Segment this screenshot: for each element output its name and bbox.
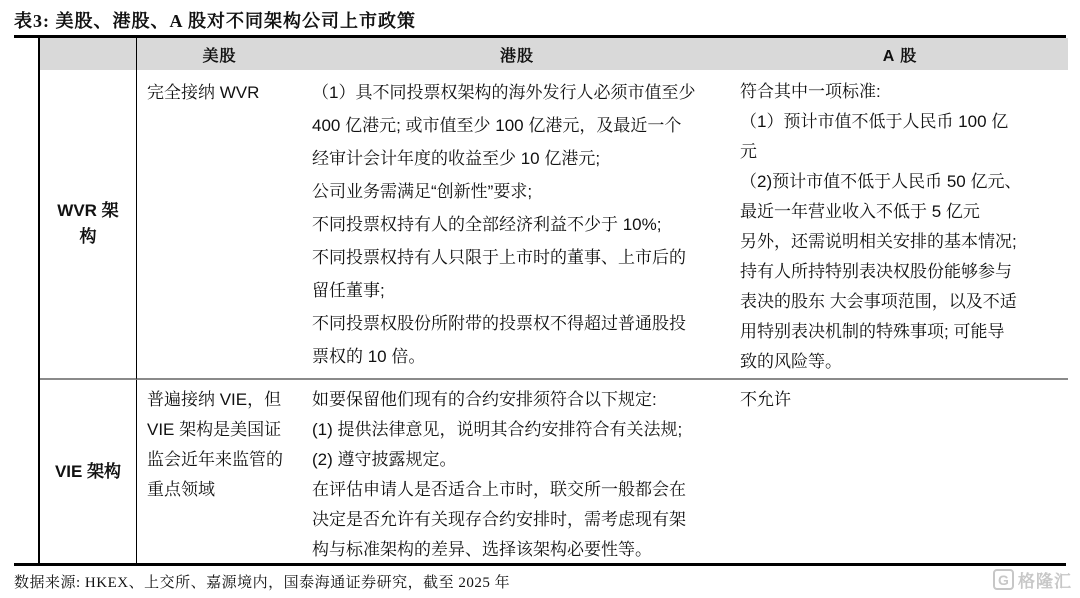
gelonghui-logo-text: 格隆汇 — [1018, 567, 1072, 592]
vie-ashare-policy: 不允许 — [732, 380, 1068, 564]
header-corner-cell — [40, 38, 137, 70]
table-title: 表3: 美股、港股、A 股对不同架构公司上市政策 — [14, 7, 416, 33]
bottom-rule — [14, 563, 1066, 566]
wvr-ashare-policy: 符合其中一项标准:（1）预计市值不低于人民币 100 亿元（2)预计市值不低于人… — [732, 70, 1068, 380]
vie-us-policy: 普遍接纳 VIE，但VIE 架构是美国证监会近年来监管的重点领域 — [137, 380, 302, 564]
row-label-wvr: WVR 架构 — [40, 70, 137, 380]
header-hk-stocks: 港股 — [302, 38, 732, 70]
row-label-vie: VIE 架构 — [40, 380, 137, 564]
listing-policy-table: 美股 港股 A 股 WVR 架构 完全接纳 WVR （1）具不同投票权架构的海外… — [38, 38, 1066, 564]
gelonghui-logo-icon: G — [993, 569, 1014, 590]
header-a-shares: A 股 — [732, 38, 1068, 70]
vie-hk-policy: 如要保留他们现有的合约安排须符合以下规定:(1) 提供法律意见，说明其合约安排符… — [302, 380, 732, 564]
header-us-stocks: 美股 — [137, 38, 302, 70]
wvr-hk-policy: （1）具不同投票权架构的海外发行人必须市值至少400 亿港元; 或市值至少 10… — [302, 70, 732, 380]
data-source-note: 数据来源: HKEX、上交所、嘉源境内，国泰海通证券研究，截至 2025 年 — [14, 571, 510, 592]
gelonghui-watermark: G 格隆汇 — [993, 567, 1072, 592]
wvr-us-policy: 完全接纳 WVR — [137, 70, 302, 380]
